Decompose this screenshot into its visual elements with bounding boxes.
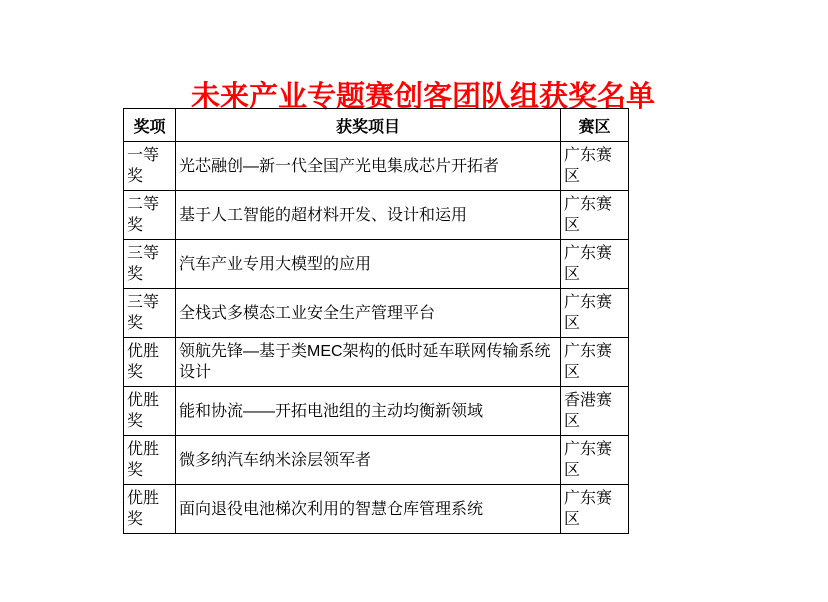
region-cell: 广东赛区	[561, 240, 629, 289]
award-cell: 优胜奖	[124, 436, 176, 485]
region-cell: 广东赛区	[561, 338, 629, 387]
award-cell: 优胜奖	[124, 485, 176, 534]
table-row: 优胜奖 领航先锋—基于类MEC架构的低时延车联网传输系统设计 广东赛区	[124, 338, 629, 387]
project-cell: 领航先锋—基于类MEC架构的低时延车联网传输系统设计	[176, 338, 561, 387]
document-page: 未来产业专题赛创客团队组获奖名单 奖项 获奖项目 赛区 一等奖 光芯融创—新一代…	[0, 0, 828, 602]
region-cell: 广东赛区	[561, 191, 629, 240]
table-row: 二等奖 基于人工智能的超材料开发、设计和运用 广东赛区	[124, 191, 629, 240]
project-cell: 能和协流——开拓电池组的主动均衡新领域	[176, 387, 561, 436]
award-cell: 三等奖	[124, 240, 176, 289]
region-cell: 广东赛区	[561, 436, 629, 485]
table-header-row: 奖项 获奖项目 赛区	[124, 109, 629, 142]
region-cell: 广东赛区	[561, 485, 629, 534]
project-cell: 汽车产业专用大模型的应用	[176, 240, 561, 289]
award-cell: 优胜奖	[124, 387, 176, 436]
table-row: 一等奖 光芯融创—新一代全国产光电集成芯片开拓者 广东赛区	[124, 142, 629, 191]
award-cell: 优胜奖	[124, 338, 176, 387]
region-cell: 香港赛区	[561, 387, 629, 436]
table-row: 三等奖 全栈式多模态工业安全生产管理平台 广东赛区	[124, 289, 629, 338]
table-row: 优胜奖 面向退役电池梯次利用的智慧仓库管理系统 广东赛区	[124, 485, 629, 534]
header-project: 获奖项目	[176, 109, 561, 142]
table-row: 优胜奖 微多纳汽车纳米涂层领军者 广东赛区	[124, 436, 629, 485]
table-row: 三等奖 汽车产业专用大模型的应用 广东赛区	[124, 240, 629, 289]
header-region: 赛区	[561, 109, 629, 142]
project-cell: 基于人工智能的超材料开发、设计和运用	[176, 191, 561, 240]
award-cell: 二等奖	[124, 191, 176, 240]
project-cell: 面向退役电池梯次利用的智慧仓库管理系统	[176, 485, 561, 534]
region-cell: 广东赛区	[561, 142, 629, 191]
region-cell: 广东赛区	[561, 289, 629, 338]
awards-table: 奖项 获奖项目 赛区 一等奖 光芯融创—新一代全国产光电集成芯片开拓者 广东赛区…	[123, 108, 629, 534]
award-cell: 一等奖	[124, 142, 176, 191]
award-cell: 三等奖	[124, 289, 176, 338]
project-cell: 微多纳汽车纳米涂层领军者	[176, 436, 561, 485]
project-cell: 全栈式多模态工业安全生产管理平台	[176, 289, 561, 338]
header-award: 奖项	[124, 109, 176, 142]
table-row: 优胜奖 能和协流——开拓电池组的主动均衡新领域 香港赛区	[124, 387, 629, 436]
project-cell: 光芯融创—新一代全国产光电集成芯片开拓者	[176, 142, 561, 191]
